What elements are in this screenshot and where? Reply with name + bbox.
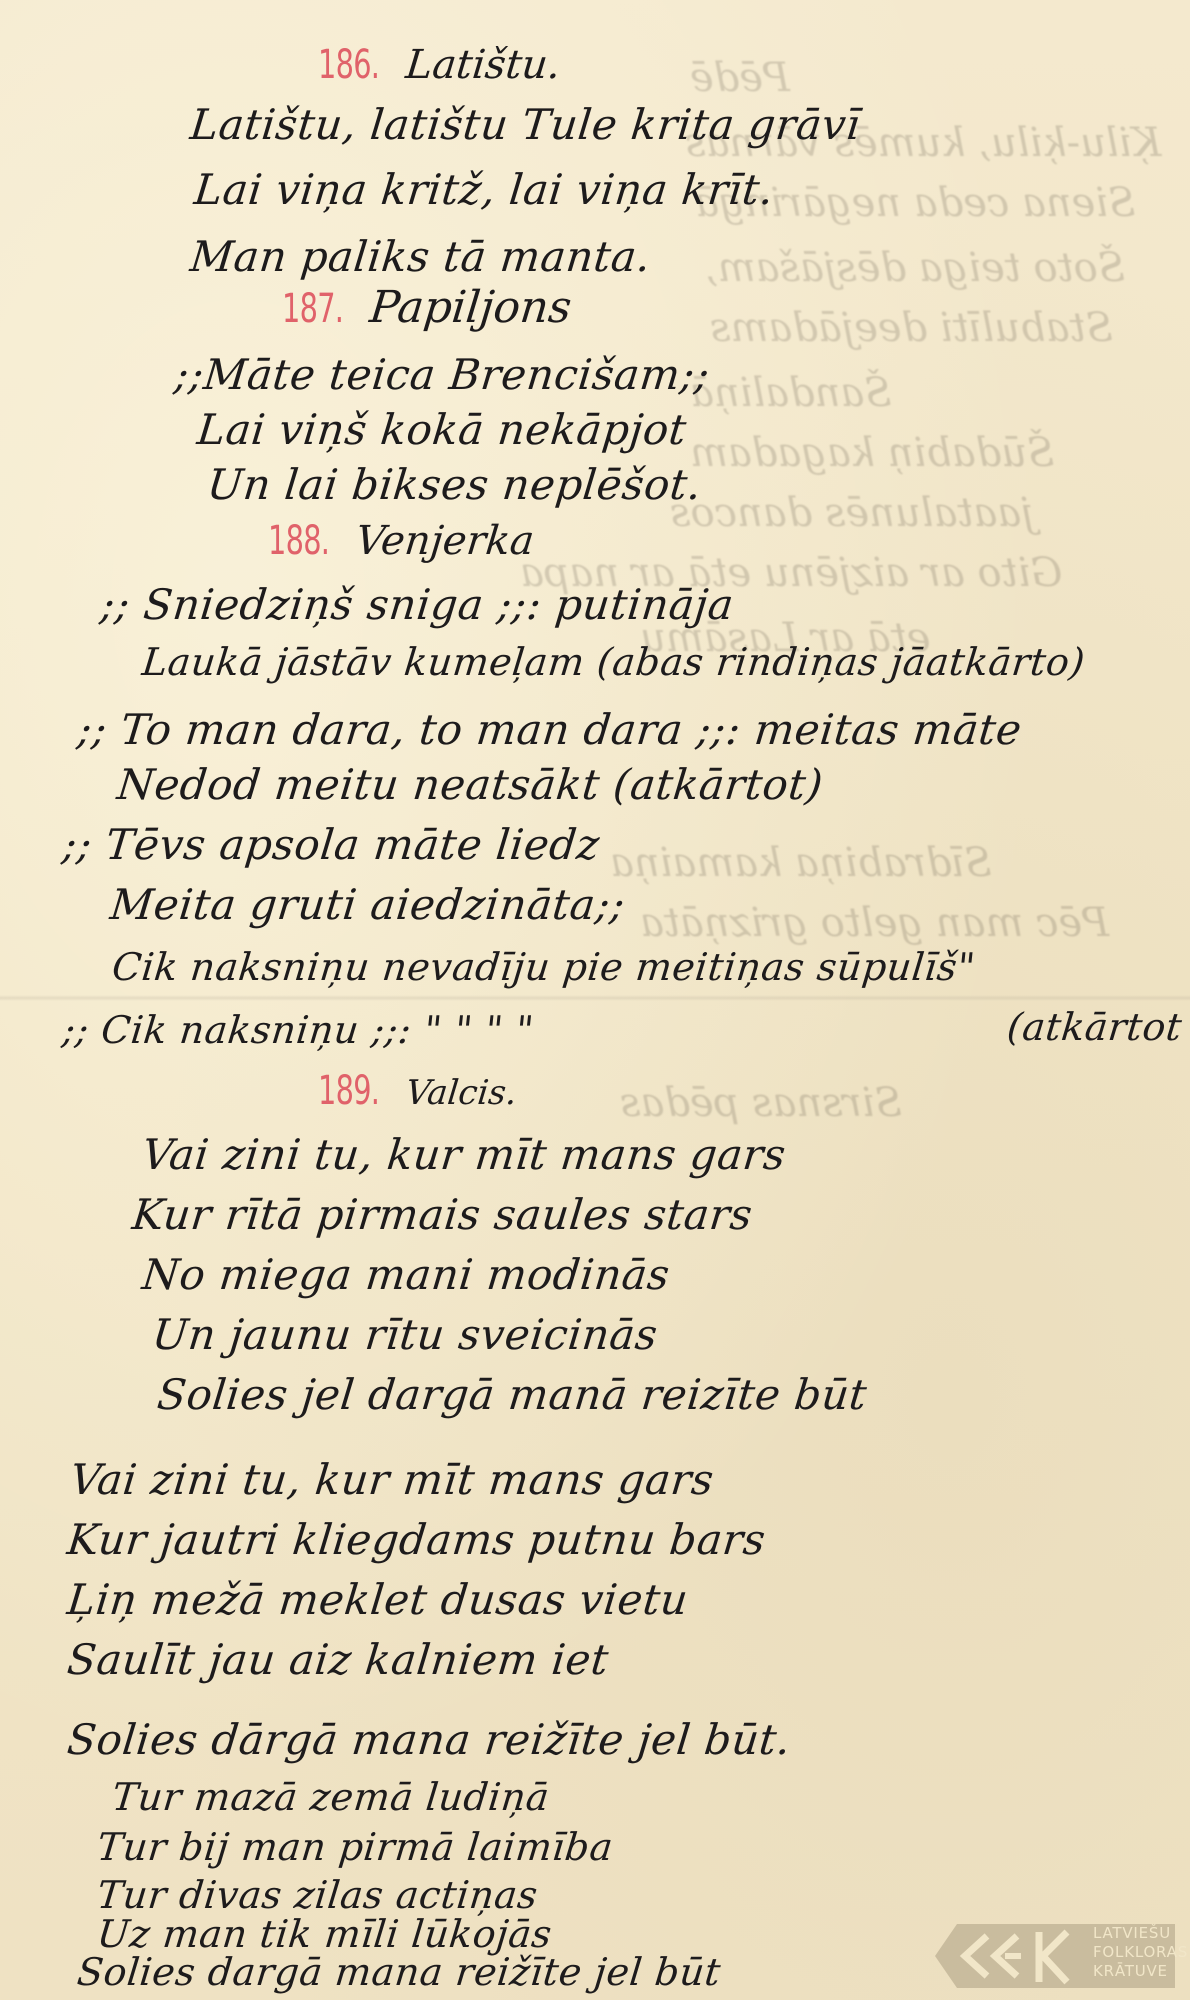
- lyric-line: Lai viņa kritž, lai viņa krīt.: [192, 165, 776, 214]
- lyric-line: ;; Tēvs apsola māte liedz: [60, 820, 602, 869]
- lyric-line: Latištu, latištu Tule krita grāvī: [188, 100, 863, 149]
- bleed-through-text: Šandaliņā: [690, 370, 892, 416]
- lyric-line: Solies jel dargā manā reizīte būt: [155, 1370, 869, 1419]
- lyric-line: Man paliks tā manta.: [188, 232, 653, 281]
- song-heading: 189. Valcis.: [318, 1068, 517, 1114]
- song-title: Venjerka: [354, 518, 537, 564]
- bleed-through-text: Pēc man gelto grizņāta: [640, 900, 1109, 946]
- lyric-line: No miega mani modinās: [140, 1250, 672, 1299]
- paper-fold-line: [0, 995, 1190, 1001]
- lyric-line: Solies dargā mana reižīte jel būt: [75, 1950, 723, 1994]
- song-heading: 187. Papiljons: [282, 282, 571, 333]
- lyric-line: Un jaunu rītu sveicinās: [150, 1310, 660, 1359]
- lyric-line: Tur bij man pirmā laimība: [95, 1825, 615, 1869]
- lyric-line: Laukā jāstāv kumeļam (abas rindiņas jāat…: [140, 640, 1087, 684]
- song-number: 188.: [268, 518, 329, 564]
- bleed-through-text: Šoto teiga dēsjāšam,: [705, 245, 1125, 291]
- lyric-line: Tur divas zilas actiņas: [95, 1873, 540, 1917]
- lyric-line: Vai zini tu, kur mīt mans gars: [68, 1455, 716, 1504]
- song-title: Latištu.: [404, 42, 563, 88]
- logo-line: LATVIEŠU: [1093, 1924, 1188, 1943]
- lyric-line: Meita gruti aiedzināta;;: [108, 880, 627, 929]
- song-heading: 186. Latištu.: [318, 42, 561, 88]
- song-number: 189.: [318, 1068, 379, 1114]
- song-title: Valcis.: [404, 1073, 519, 1113]
- logo-line: KRĀTUVE: [1093, 1962, 1188, 1981]
- lyric-line: Solies dārgā mana reižīte jel būt.: [65, 1715, 793, 1764]
- logo-line: FOLKLORAS: [1093, 1943, 1188, 1962]
- bleed-through-text: jaatalunēs dancos: [670, 490, 1033, 536]
- song-number: 186.: [318, 42, 379, 88]
- lyric-line: Saulīt jau aiz kalniem iet: [65, 1635, 611, 1684]
- lyric-line: ;; To man dara, to man dara ;;: meitas m…: [75, 705, 1024, 754]
- bleed-through-text: Sīdrabiņa kamaiņa: [610, 840, 992, 886]
- lyric-line: Vai zini tu, kur mīt mans gars: [140, 1130, 788, 1179]
- lyric-line: Nedod meitu neatsākt (atkārtot): [115, 760, 825, 809]
- lyric-line: ;; Cik naksniņu ;;: " " " ": [60, 1008, 536, 1052]
- song-heading: 188. Venjerka: [268, 518, 534, 564]
- bleed-through-text: Stabulīti deejādams: [710, 305, 1113, 351]
- song-number: 187.: [282, 286, 343, 332]
- lyric-line: Ļiņ mežā meklet dusas vietu: [65, 1575, 691, 1624]
- lyric-line: Kur jautri kliegdams putnu bars: [65, 1515, 768, 1564]
- lyric-line: Cik naksniņu nevadīju pie meitiņas sūpul…: [110, 945, 978, 989]
- lyric-line: ;;Māte teica Brencišam;;: [172, 350, 712, 399]
- bleed-through-text: Šūdabiņ kagadam: [690, 430, 1054, 476]
- lyric-line: Un lai bikses neplēšot.: [205, 460, 704, 509]
- lfk-archive-logo: LATVIEŠU FOLKLORAS KRĀTUVE: [935, 1918, 1180, 1992]
- logo-wordmark: LATVIEŠU FOLKLORAS KRĀTUVE: [1093, 1924, 1188, 1981]
- lyric-line: ;; Sniedziņš sniga ;;: putināja: [98, 580, 736, 629]
- bleed-through-text: Sirsnas pēdas: [620, 1080, 902, 1126]
- song-title: Papiljons: [367, 282, 574, 333]
- manuscript-page: Pēdē Ķilu-ķilu, kumēs vārnas Siena ceda …: [0, 0, 1190, 2000]
- lyric-line: Lai viņš kokā nekāpjot: [195, 405, 689, 454]
- bleed-through-text: Pēdē: [690, 55, 790, 101]
- lyric-line: Kur rītā pirmais saules stars: [130, 1190, 755, 1239]
- lyric-line: Tur mazā zemā ludiņā: [110, 1775, 552, 1819]
- lyric-line: (atkārtot: [1005, 1005, 1184, 1049]
